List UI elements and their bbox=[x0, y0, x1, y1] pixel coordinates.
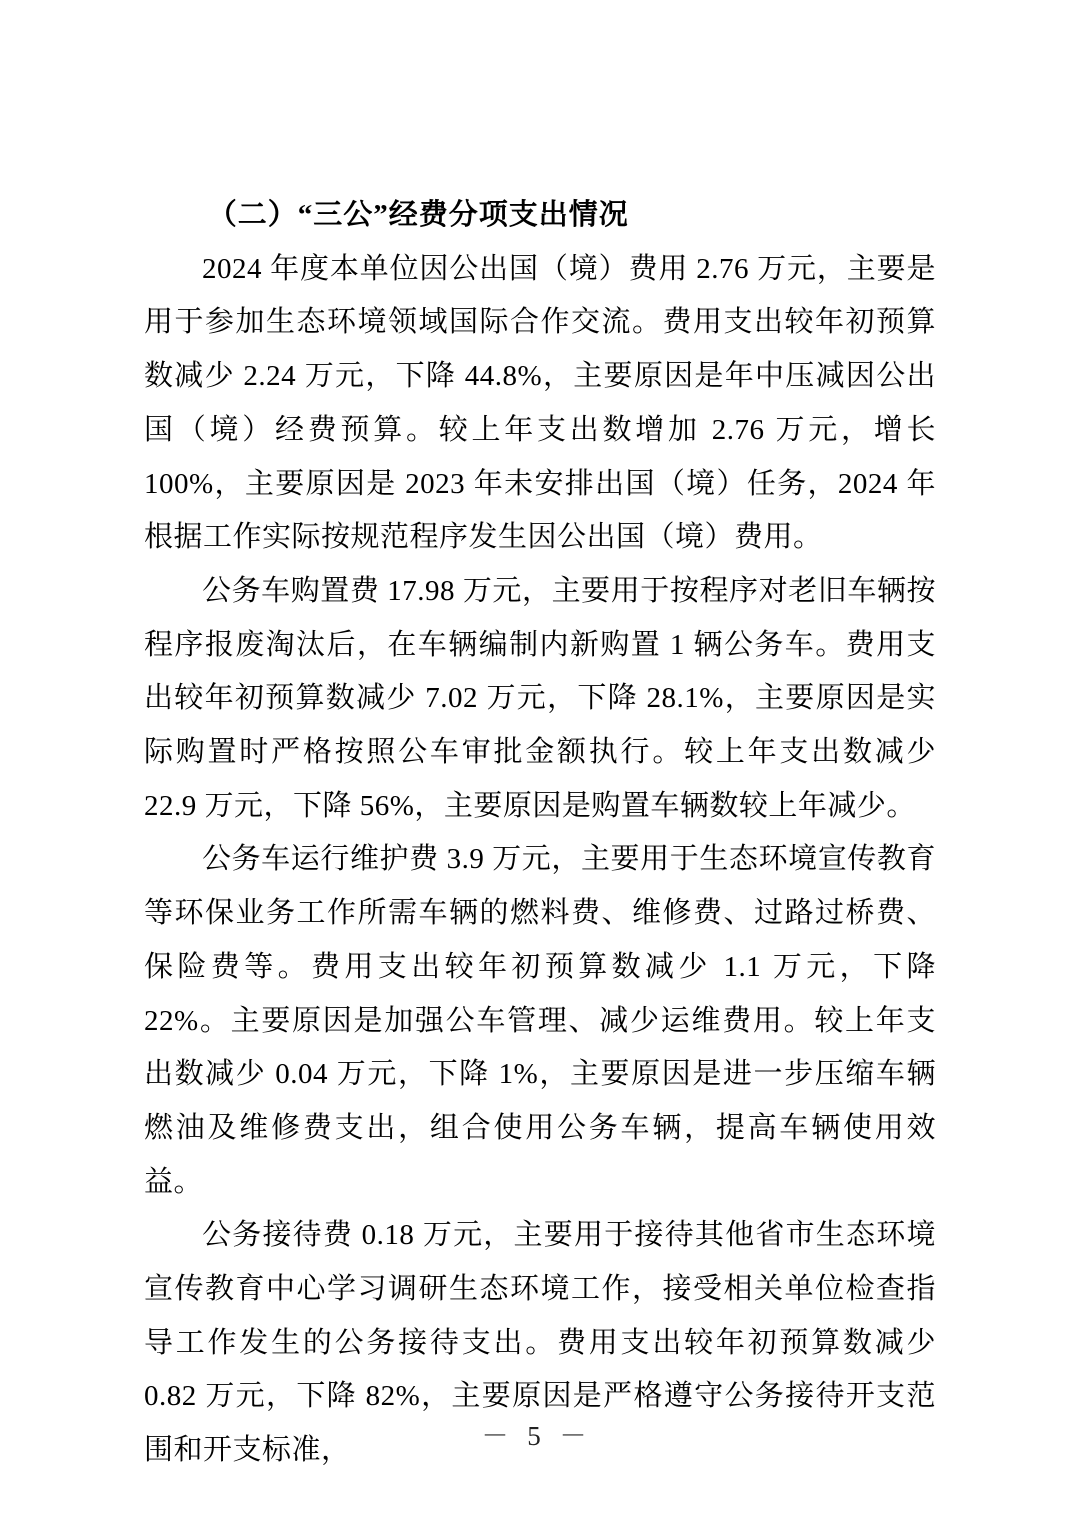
paragraph-vehicle-purchase-expense: 公务车购置费 17.98 万元，主要用于按程序对老旧车辆按程序报废淘汰后，在车辆… bbox=[144, 565, 936, 834]
document-page: （二）“三公”经费分项支出情况 2024 年度本单位因公出国（境）费用 2.76… bbox=[0, 0, 1074, 1520]
page-number: － 5 － bbox=[0, 1414, 1074, 1453]
section-heading: （二）“三公”经费分项支出情况 bbox=[144, 189, 936, 243]
paragraph-overseas-trip-expense: 2024 年度本单位因公出国（境）费用 2.76 万元，主要是用于参加生态环境领… bbox=[144, 243, 936, 565]
document-body: （二）“三公”经费分项支出情况 2024 年度本单位因公出国（境）费用 2.76… bbox=[144, 189, 936, 1478]
paragraph-vehicle-maintenance-expense: 公务车运行维护费 3.9 万元，主要用于生态环境宣传教育等环保业务工作所需车辆的… bbox=[144, 833, 936, 1209]
